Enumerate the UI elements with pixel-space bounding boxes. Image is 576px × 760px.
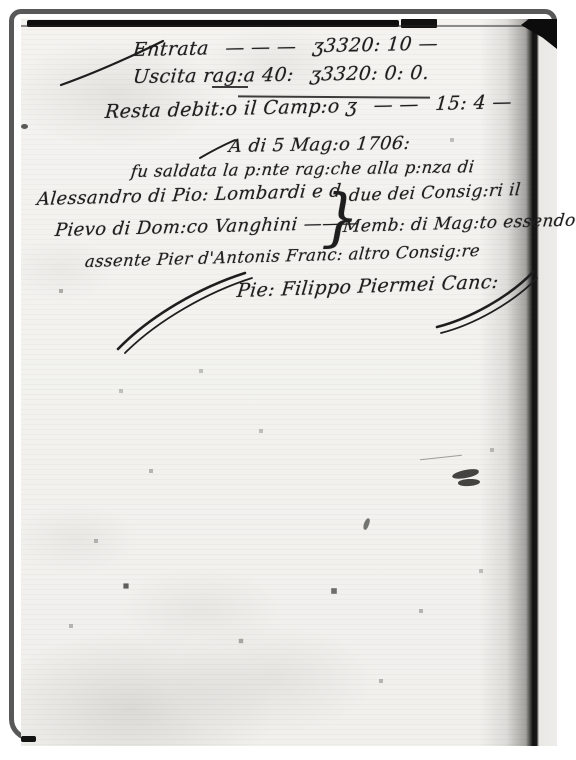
uscita-amount: ʒ3320: 0: 0. [309,62,430,86]
council-name-line: Alessandro di Pio: Lombardi e d [36,180,342,210]
resta-label: Resta debit:o il Camp:o ʒ [104,95,358,123]
small-ink-mark [362,518,371,531]
manuscript-scan: Entrata — — — ʒ3320: 10 — Uscita rag:a 4… [0,0,576,760]
uscita-row: Uscita rag:a 40: ʒ3320: 0: 0. [132,62,430,88]
signature-line: Pie: Filippo Piermei Canc: [236,271,500,302]
entrata-row: Entrata — — — ʒ3320: 10 — [132,33,439,61]
absent-line: assente Pier d'Antonis Franc: altro Cons… [84,241,481,271]
resta-row: Resta debit:o il Camp:o ʒ — — 15: 4 — [104,91,513,123]
uscita-label: Uscita rag:a 40: [132,64,295,88]
page-top-edge-line [21,25,533,27]
corner-ink-mark [21,736,36,742]
resta-amount: 15: 4 — [434,91,512,115]
pen-flourish-strokes [21,19,557,746]
binding-gutter-shadow [479,19,557,746]
ink-blot [458,478,480,487]
council-name-line: Pievo di Dom:co Vanghini ——— [54,213,360,241]
resta-dashes: — — [373,93,420,116]
date-line: A di 5 Mag:o 1706: [228,133,411,157]
paper-speckles [21,19,23,21]
entrata-label: Entrata [132,37,210,61]
entrata-amount: ʒ3320: 10 — [312,33,439,58]
entrata-dashes: — — — [224,36,297,60]
faint-scribble-mark [420,455,462,460]
edge-speck-mark [21,124,28,129]
manuscript-page: Entrata — — — ʒ3320: 10 — Uscita rag:a 4… [21,19,557,746]
quaranta-underline [212,86,248,88]
settlement-statement: fu saldata la p:nte rag:che alla p:nza d… [130,157,475,181]
